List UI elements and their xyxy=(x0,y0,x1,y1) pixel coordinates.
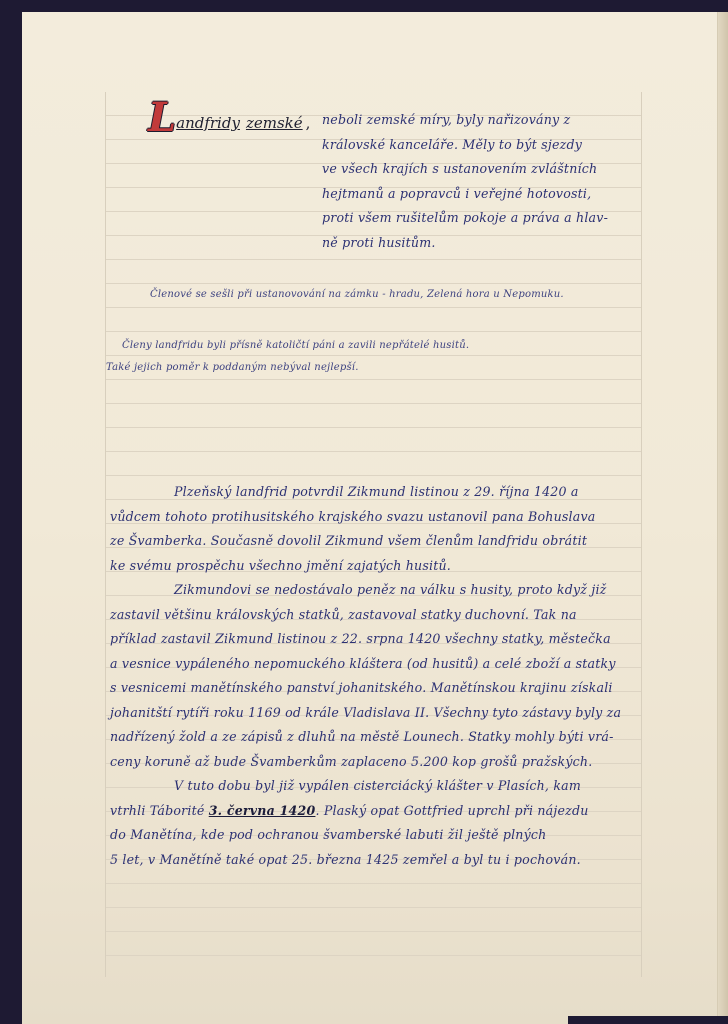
intro-line: ně proti husitům. xyxy=(322,231,608,256)
paragraph-line: s vesnicemi manětínského panství johanit… xyxy=(110,676,621,701)
paragraph-line: vtrhli Táborité 3. června 1420. Plaský o… xyxy=(110,799,589,824)
intro-line: hejtmanů a popravců i veřejné hotovosti, xyxy=(322,182,608,207)
paragraph-line: 5 let, v Manětíně také opat 25. března 1… xyxy=(110,848,589,873)
paragraph-line: Plzeňský landfrid potvrdil Zikmund listi… xyxy=(110,480,596,505)
heading-comma: , xyxy=(306,114,311,132)
note-members: Členové se sešli při ustanovování na zám… xyxy=(150,289,564,300)
paragraph-line: příklad zastavil Zikmund listinou z 22. … xyxy=(110,627,621,652)
paragraph-line: zastavil většinu královských statků, zas… xyxy=(110,603,621,628)
heading-word-landfridy: andfridy xyxy=(176,114,240,132)
paragraph-line: vůdcem tohoto protihusitského krajského … xyxy=(110,505,596,530)
paragraph-plzen-landfrid: Plzeňský landfrid potvrdil Zikmund listi… xyxy=(110,480,596,578)
heading-word-zemske: zemské xyxy=(246,114,303,132)
paragraph-line: ke svému prospěchu všechno jmění zajatýc… xyxy=(110,554,596,579)
decorated-initial: L xyxy=(148,98,176,138)
intro-line: ve všech krajích s ustanovením zvláštníc… xyxy=(322,157,608,182)
paragraph-plasy-monastery: V tuto dobu byl již vypálen cisterciácký… xyxy=(110,774,589,872)
intro-line: proti všem rušitelům pokoje a práva a hl… xyxy=(322,206,608,231)
paragraph-line: Zikmundovi se nedostávalo peněz na válku… xyxy=(110,578,621,603)
intro-line: královské kanceláře. Měly to být sjezdy xyxy=(322,133,608,158)
paragraph-line: nadřízený žold a ze zápisů z dluhů na mě… xyxy=(110,725,621,750)
intro-paragraph: neboli zemské míry, byly nařizovány z kr… xyxy=(322,108,608,255)
paragraph-zikmund-pledges: Zikmundovi se nedostávalo peněz na válku… xyxy=(110,578,621,774)
date-highlight: 3. června 1420 xyxy=(209,803,316,818)
paragraph-line: V tuto dobu byl již vypálen cisterciácký… xyxy=(110,774,589,799)
intro-line: neboli zemské míry, byly nařizovány z xyxy=(322,108,608,133)
paragraph-line: do Manětína, kde pod ochranou švamberské… xyxy=(110,823,589,848)
paragraph-line: ceny koruně až bude Švamberkům zaplaceno… xyxy=(110,750,621,775)
page-edge xyxy=(717,12,728,1024)
paragraph-line: a vesnice vypáleného nepomuckého klášter… xyxy=(110,652,621,677)
paragraph-line: johanitští rytíři roku 1169 od krále Vla… xyxy=(110,701,621,726)
note-subjects: Také jejich poměr k poddaným nebýval nej… xyxy=(106,362,359,373)
page-heading: L andfridy zemské , xyxy=(148,98,310,138)
paragraph-line: ze Švamberka. Současně dovolil Zikmund v… xyxy=(110,529,596,554)
scan-background xyxy=(568,1016,728,1024)
note-catholic-lords: Členy landfridu byli přísně katoličtí pá… xyxy=(122,340,469,351)
